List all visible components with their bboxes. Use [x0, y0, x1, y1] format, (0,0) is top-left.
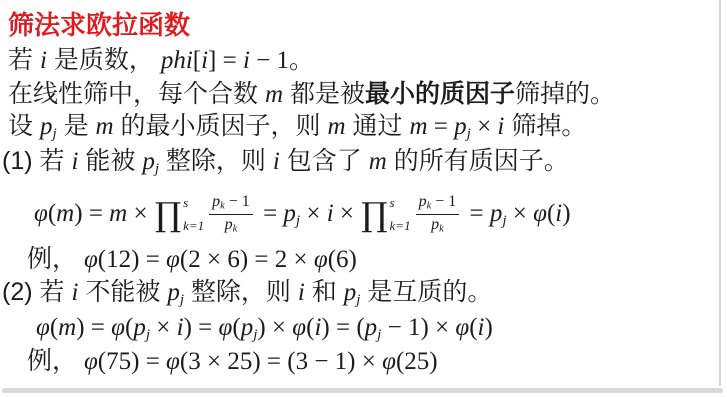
text-seg: 是	[57, 112, 96, 140]
phi-symbol: φ	[382, 348, 396, 375]
phi-symbol: φ	[533, 200, 547, 227]
example1: 例， φ(12) = φ(2 × 6) = 2 × φ(6)	[27, 244, 357, 275]
numerator: pk − 1	[416, 193, 460, 215]
bottom-divider	[2, 388, 723, 393]
text-seg: 筛掉的。	[515, 80, 615, 108]
text-seg: 整除，则	[159, 147, 273, 175]
text-seg: 的最小质因子，则	[114, 112, 328, 140]
line-linear-sieve: 在线性筛中，每个合数 m 都是被最小的质因子筛掉的。	[8, 79, 615, 110]
math-text: (2 × 6) = 2 ×	[180, 246, 314, 273]
text-seg: (2) 若	[2, 278, 71, 306]
math-text: ) = (	[321, 314, 364, 341]
math-text: (	[50, 314, 58, 341]
text-seg: 例，	[27, 347, 84, 375]
math-text: (	[48, 200, 56, 227]
math-var: i	[478, 314, 485, 341]
math-text: − 1	[225, 193, 250, 210]
product-upper-limit: s	[183, 196, 204, 209]
phi-symbol: φ	[111, 314, 125, 341]
subscript: k	[439, 223, 444, 234]
phi-symbol: φ	[84, 348, 98, 375]
math-text: ×	[471, 113, 498, 140]
product-lower-limit: k=1	[390, 219, 411, 232]
math-var: i	[40, 47, 47, 74]
product-lower-limit: k=1	[183, 219, 204, 232]
text-seg: 的所有质因子。	[387, 147, 569, 175]
math-text: =	[463, 200, 490, 227]
math-text: (	[469, 314, 477, 341]
math-var: m	[328, 113, 346, 140]
math-var: p	[431, 216, 439, 233]
math-text: =	[83, 200, 110, 227]
product-notation: ∏sk=1	[361, 196, 410, 232]
math-var: m	[58, 314, 76, 341]
math-var: i	[243, 47, 250, 74]
math-var: p	[419, 193, 427, 210]
math-var: p	[490, 200, 503, 227]
math-text: − 1	[431, 193, 456, 210]
math-var: m	[369, 148, 387, 175]
math-var: m	[56, 200, 74, 227]
text-seg: 若	[8, 46, 40, 74]
math-var: i	[177, 314, 184, 341]
product-symbol: ∏	[361, 198, 387, 231]
text-seg: 在线性筛中，每个合数	[8, 80, 265, 108]
math-text: ×	[334, 200, 361, 227]
math-text: ×	[150, 314, 177, 341]
math-text: − 1) ×	[381, 314, 455, 341]
math-var: i	[298, 279, 305, 306]
phi-symbol: φ	[314, 246, 328, 273]
numerator: pk − 1	[209, 193, 253, 215]
fraction: pk − 1pk	[416, 193, 460, 235]
text-seg: 包含了	[280, 147, 369, 175]
math-var: p	[133, 314, 146, 341]
math-var: p	[241, 314, 254, 341]
math-text: [	[193, 47, 201, 74]
phi-symbol: φ	[455, 314, 469, 341]
math-text: (12) =	[98, 246, 166, 273]
slide: 筛法求欧拉函数 若 i 是质数， phi[i] = i − 1。 在线性筛中，每…	[0, 0, 727, 397]
math-text: ) =	[184, 314, 219, 341]
phi-symbol: φ	[166, 348, 180, 375]
math-var: p	[40, 113, 53, 140]
text-seg: 能被	[78, 147, 142, 175]
bold-text-seg: 最小的质因子	[365, 80, 515, 108]
math-text: (3 × 25) = (3 − 1) ×	[180, 348, 382, 375]
title-text: 筛法求欧拉函数	[8, 10, 190, 40]
text-seg: 是互质的。	[360, 278, 492, 306]
text-seg: 。	[289, 46, 314, 74]
math-var: p	[344, 279, 357, 306]
math-text: (	[232, 314, 240, 341]
phi-symbol: φ	[84, 246, 98, 273]
phi-symbol: φ	[166, 246, 180, 273]
product-upper-limit: s	[390, 196, 411, 209]
math-var: i	[327, 200, 334, 227]
math-text: ×	[127, 200, 154, 227]
formula-case1: φ(m) = m × ∏sk=1pk − 1pk = pj × i × ∏sk=…	[34, 186, 571, 248]
text-seg: 例，	[27, 245, 84, 273]
math-var: p	[283, 200, 296, 227]
phi-symbol: φ	[292, 314, 306, 341]
math-var: p	[225, 216, 233, 233]
phi-symbol: φ	[34, 200, 48, 227]
math-text: =	[428, 113, 455, 140]
math-var: p	[365, 314, 378, 341]
math-var: m	[96, 113, 114, 140]
example2: 例， φ(75) = φ(3 × 25) = (3 − 1) × φ(25)	[27, 346, 438, 377]
text-seg: 通过	[346, 112, 410, 140]
text-seg: 整除，则	[184, 278, 298, 306]
denominator: pk	[209, 215, 253, 236]
math-var: phi	[161, 47, 193, 74]
text-seg: 不能被	[78, 278, 167, 306]
product-notation: ∏sk=1	[155, 196, 204, 232]
math-var: i	[273, 148, 280, 175]
math-text: )	[74, 200, 82, 227]
phi-symbol: φ	[219, 314, 233, 341]
text-seg: 是质数，	[47, 46, 161, 74]
line-prime-case: 若 i 是质数， phi[i] = i − 1。	[8, 45, 314, 76]
math-text: ) =	[76, 314, 111, 341]
math-text: ) ×	[257, 314, 292, 341]
math-text: ×	[507, 200, 534, 227]
math-text: )	[485, 314, 493, 341]
text-seg: 设	[8, 112, 40, 140]
product-limits: sk=1	[183, 196, 204, 232]
line-min-prime-factor: 设 pj 是 m 的最小质因子，则 m 通过 m = pj × i 筛掉。	[8, 111, 586, 149]
right-edge-divider	[719, 0, 721, 386]
text-seg: 都是被	[283, 80, 365, 108]
product-limits: sk=1	[390, 196, 411, 232]
math-var: m	[265, 81, 283, 108]
product-symbol: ∏	[155, 198, 181, 231]
text-seg: (1) 若	[2, 147, 71, 175]
math-text: (75) =	[98, 348, 166, 375]
math-var: m	[109, 200, 127, 227]
math-text: ×	[300, 200, 327, 227]
math-var: p	[454, 113, 467, 140]
math-var: i	[201, 47, 208, 74]
formula-case2: φ(m) = φ(pj × i) = φ(pj) × φ(i) = (pj − …	[36, 312, 493, 350]
math-text: (6)	[328, 246, 357, 273]
math-text: ] =	[208, 47, 243, 74]
line-case2: (2) 若 i 不能被 pj 整除，则 i 和 pj 是互质的。	[2, 277, 492, 315]
text-seg: 和	[305, 278, 344, 306]
phi-symbol: φ	[36, 314, 50, 341]
math-text: − 1	[250, 47, 289, 74]
page-title: 筛法求欧拉函数	[8, 10, 190, 40]
fraction: pk − 1pk	[209, 193, 253, 235]
math-text: )	[562, 200, 570, 227]
subscript: k	[233, 223, 238, 234]
math-var: p	[167, 279, 180, 306]
line-case1: (1) 若 i 能被 pj 整除，则 i 包含了 m 的所有质因子。	[2, 146, 569, 184]
math-text: =	[257, 200, 284, 227]
math-var: p	[212, 193, 220, 210]
math-text: (25)	[396, 348, 438, 375]
math-var: m	[409, 113, 427, 140]
math-var: p	[142, 148, 155, 175]
denominator: pk	[416, 215, 460, 236]
text-seg: 筛掉。	[504, 112, 586, 140]
